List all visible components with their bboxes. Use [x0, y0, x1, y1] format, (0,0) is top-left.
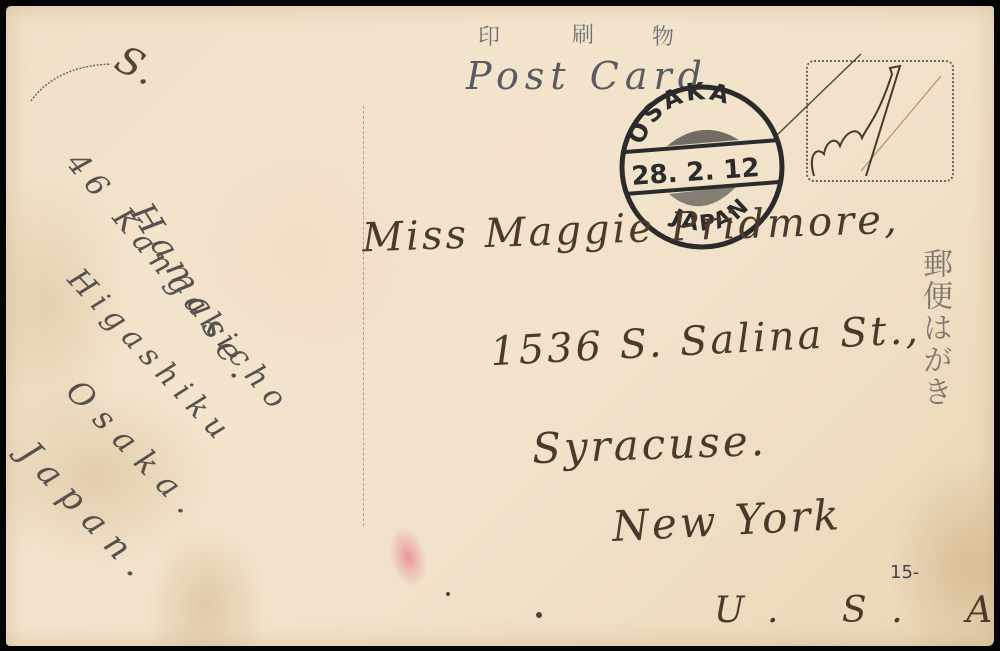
recipient-line-4: New York [611, 490, 843, 551]
kanji-satsu: 刷 [572, 18, 594, 49]
kanji-in: 印 [478, 20, 500, 51]
postcard: 印 刷 物 Post Card OSAKA JAPAN [6, 6, 994, 646]
recipient-line-1: Miss Maggie Pridmore, [361, 197, 900, 262]
recipient-line-2: 1536 S. Salina St., [489, 307, 922, 375]
stamp-box-scribble-icon [766, 46, 966, 196]
ink-speck [536, 612, 542, 618]
sender-address: S. Hamase. 46 Kangakicho Higashiku Osaka… [46, 26, 406, 646]
vertical-japanese-text: 郵便はがき [916, 248, 956, 408]
recipient-line-5: U. S. A. [714, 590, 1000, 631]
recipient-line-3: Syracuse. [531, 416, 768, 473]
ink-speck-small [446, 592, 450, 596]
pencil-note: 15- [890, 562, 919, 583]
kanji-butsu: 物 [652, 20, 674, 51]
pencil-arc-mark [26, 46, 126, 106]
